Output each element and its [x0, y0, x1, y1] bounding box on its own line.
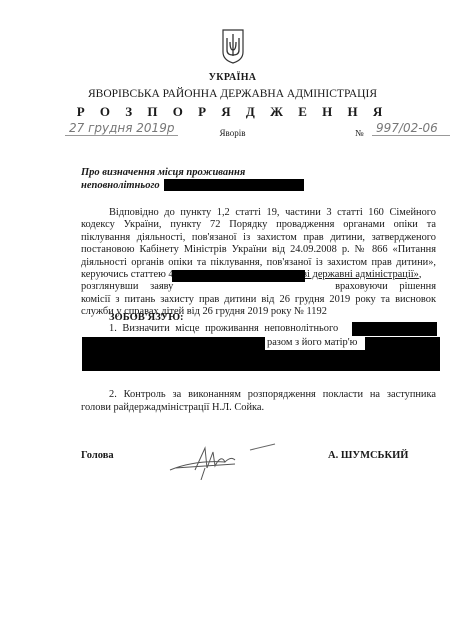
redaction-box: [82, 337, 265, 351]
subject-line-2: неповнолітнього: [81, 180, 160, 191]
redaction-box: [172, 270, 305, 282]
redaction-box: [352, 322, 437, 336]
document-type-heading: Р О З П О Р Я Д Ж Е Н Н Я: [0, 104, 465, 120]
obligation-heading: ЗОБОВ'ЯЗУЮ:: [109, 312, 184, 323]
signatory-name: А. ШУМСЬКИЙ: [328, 450, 408, 461]
redaction-box: [164, 179, 304, 191]
redaction-box: [365, 337, 440, 351]
redaction-box: [82, 350, 440, 371]
application-text: розглянувши заяву: [81, 281, 173, 292]
order-item-1: 1. Визначити місце проживання неповноліт…: [109, 323, 338, 334]
order-item-1-continuation: разом з його матір'ю: [267, 337, 357, 348]
country-heading: УКРАЇНА: [0, 72, 465, 83]
handwritten-number: 997/02-06: [372, 121, 450, 136]
administration-heading: ЯВОРІВСЬКА РАЙОННА ДЕРЖАВНА АДМІНІСТРАЦІ…: [0, 88, 465, 100]
signatory-title: Голова: [81, 450, 114, 461]
number-label: №: [355, 128, 364, 138]
document-body: Відповідно до пункту 1,2 статті 19, част…: [81, 207, 436, 319]
signature-mark: [165, 440, 285, 480]
trident-icon: [221, 28, 245, 64]
order-item-2: 2. Контроль за виконанням розпорядження …: [81, 388, 436, 414]
subject-line-1: Про визначення місця проживання: [81, 166, 245, 179]
